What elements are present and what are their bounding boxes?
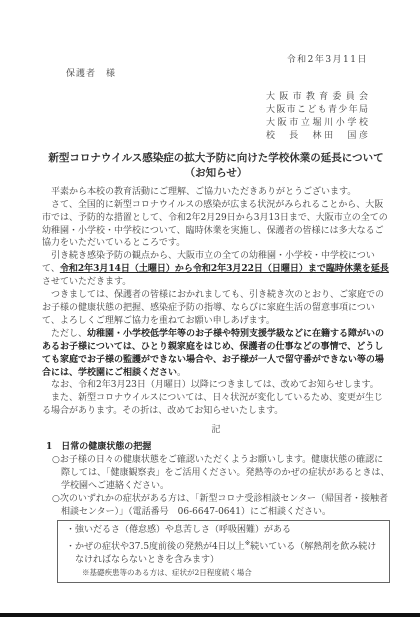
fever-text-lead: ・かぜの症状や37.5度前後の発熱が4日以上 (66, 542, 245, 552)
document-title: 新型コロナウイルス感染症の拡大予防に向けた学校休業の延長について （お知らせ） (42, 151, 390, 181)
body-paragraph-3: 引き続き感染予防の観点から、大阪市立の全ての幼稚園・小学校・中学校について、令和… (42, 250, 390, 289)
paragraph-5-tail: 。 (177, 368, 186, 378)
symptom-item-fever: ・かぜの症状や37.5度前後の発熱が4日以上※続いている（解熱剤を飲み続けなけれ… (66, 537, 381, 567)
title-line-1: 新型コロナウイルス感染症の拡大予防に向けた学校休業の延長について (42, 151, 390, 166)
symptoms-box: ・強いだるさ（倦怠感）や息苦しさ（呼吸困難）がある ・かぜの症状や37.5度前後… (57, 520, 390, 583)
page-bottom-edge (0, 613, 420, 617)
consult-school-bold: 幼稚園・小学校低学年等のお子様や特別支援学級などに在籍する障がいのあるお子様につ… (42, 329, 384, 378)
body-paragraph-5: ただし、幼稚園・小学校低学年等のお子様や特別支援学級などに在籍する障がいのあるお… (42, 328, 390, 380)
section-1-heading: 1 日常の健康状態の把握 (46, 441, 390, 454)
sender-line-board-of-education: 大阪市教育委員会 (266, 91, 368, 104)
consult-center-bullet: ○次のいずれかの症状がある方は、「新型コロナ受診相談センター（帰国者・接触者相談… (52, 493, 390, 519)
letter-date: 令和2年3月11日 (42, 54, 390, 67)
body-paragraph-6: なお、令和2年3月23日（月曜日）以降につきましては、改めてお知らせします。 (42, 379, 390, 392)
paragraph-3-tail: させていただきます。 (42, 277, 131, 287)
notice-letter-page: 令和2年3月11日 保護者 様 大阪市教育委員会 大阪市こども青少年局 大阪市立… (0, 0, 420, 617)
body-paragraph-1: 平素から本校の教育活動にご理解、ご協力いただきありがとうございます。 (42, 186, 390, 199)
sender-line-youth-bureau: 大阪市こども青少年局 (266, 104, 368, 117)
sender-line-school: 大阪市立堀川小学校 (266, 117, 368, 130)
health-check-bullet: ○お子様の日々の健康状態をご確認いただくようお願いします。健康状態の確認に際して… (52, 454, 390, 493)
ki-marker: 記 (42, 424, 390, 437)
closure-extension-highlight: 令和2年3月14日（土曜日）から令和2年3月22日（日曜日）まで臨時休業を延長 (60, 264, 389, 274)
symptom-item-fatigue: ・強いだるさ（倦怠感）や息苦しさ（呼吸困難）がある (66, 524, 381, 537)
body-paragraph-7: また、新型コロナウイルスについては、日々状況が変化しているため、変更が生じる場合… (42, 392, 390, 418)
recipient-name: 保護者 様 (66, 68, 390, 81)
paragraph-5-lead: ただし、 (51, 329, 87, 339)
body-paragraph-4: つきましては、保護者の皆様におかれましても、引き続き次のとおり、ご家庭でのお子様… (42, 289, 390, 328)
title-line-2: （お知らせ） (42, 166, 390, 181)
symptoms-box-note: ※基礎疾患等のある方は、症状が2日程度続く場合 (82, 567, 381, 578)
body-paragraph-2: さて、全国的に新型コロナウイルスの感染が広まる状況がみられることから、大阪市では… (42, 199, 390, 251)
sender-block: 大阪市教育委員会 大阪市こども青少年局 大阪市立堀川小学校 校 長 林田 国彦 (266, 91, 368, 143)
sender-line-principal: 校 長 林田 国彦 (266, 130, 368, 143)
